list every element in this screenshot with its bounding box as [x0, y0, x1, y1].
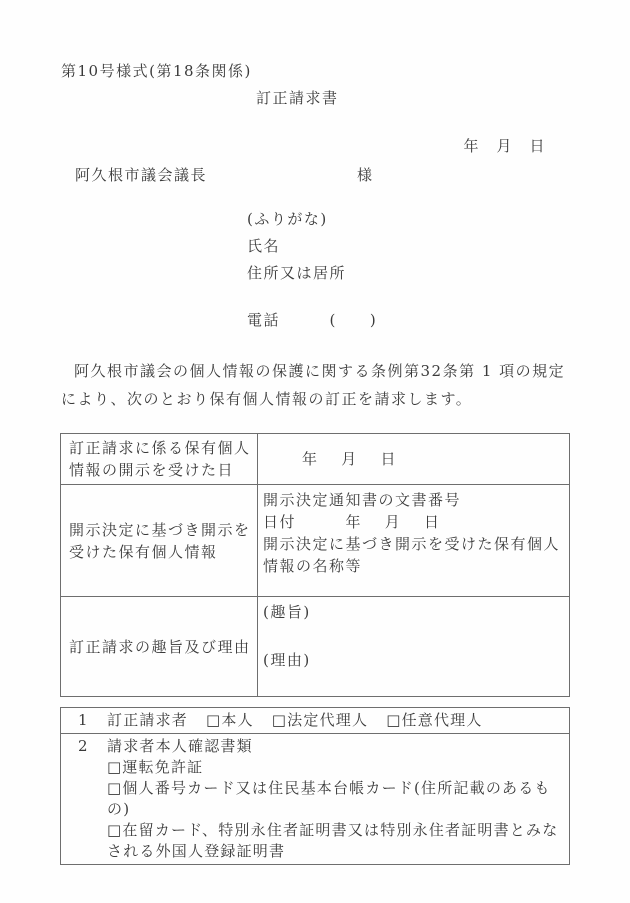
option-label: 本人	[221, 711, 253, 729]
purport-reason-label: 訂正請求の趣旨及び理由	[61, 597, 258, 697]
applicant-block: (ふりがな) 氏名 住所又は居所 電話 ( )	[247, 209, 377, 337]
purport-label: (趣旨)	[263, 601, 563, 623]
checkbox-icon: □	[206, 711, 221, 729]
item-number: 1	[78, 710, 107, 731]
table-row: 2 請求者本人確認書類 □運転免許証 □個人番号カード又は住民基本台帳カード(住…	[61, 734, 570, 865]
doc-number-line: 開示決定通知書の文書番号	[263, 489, 563, 511]
info-name-line: 開示決定に基づき開示を受けた保有個人情報の名称等	[263, 533, 563, 577]
table-row: 訂正請求の趣旨及び理由 (趣旨) (理由)	[61, 597, 570, 697]
table-row: 訂正請求に係る保有個人情報の開示を受けた日 年 月 日	[61, 434, 570, 485]
disclosure-date-label: 訂正請求に係る保有個人情報の開示を受けた日	[61, 434, 258, 485]
option-legal-representative: □法定代理人	[272, 711, 368, 729]
item-label: 在留カード、特別永住者証明書又は特別永住者証明書とみなされる外国人登録証明書	[107, 821, 558, 860]
honorific: 様	[357, 164, 374, 185]
identity-documents-title: 請求者本人確認書類	[107, 736, 561, 757]
option-label: 任意代理人	[402, 711, 483, 729]
table-row: 開示決定に基づき開示を受けた保有個人情報 開示決定通知書の文書番号 日付 年 月…	[61, 485, 570, 597]
disclosure-date-value: 年 月 日	[258, 434, 570, 485]
requester-table: 1訂正請求者□本人□法定代理人□任意代理人 2 請求者本人確認書類 □運転免許証…	[60, 707, 570, 865]
form-number: 第10号様式(第18条関係)	[61, 60, 252, 81]
checkbox-icon: □	[386, 711, 401, 729]
checkbox-icon: □	[272, 711, 287, 729]
checkbox-icon: □	[107, 821, 122, 839]
furigana-label: (ふりがな)	[247, 209, 377, 229]
option-self: □本人	[206, 711, 254, 729]
request-details-table: 訂正請求に係る保有個人情報の開示を受けた日 年 月 日 開示決定に基づき開示を受…	[60, 433, 570, 697]
disclosed-info-cell: 開示決定通知書の文書番号 日付 年 月 日 開示決定に基づき開示を受けた保有個人…	[258, 485, 570, 597]
requester-type-cell: 1訂正請求者□本人□法定代理人□任意代理人	[61, 708, 570, 734]
addressee: 阿久根市議会議長	[75, 166, 207, 184]
list-item-residence-card: □在留カード、特別永住者証明書又は特別永住者証明書とみなされる外国人登録証明書	[107, 820, 561, 862]
item-label: 運転免許証	[122, 758, 203, 776]
disclosed-info-label: 開示決定に基づき開示を受けた保有個人情報	[61, 485, 258, 597]
document-title: 訂正請求書	[256, 87, 339, 108]
list-item-mynumber-card: □個人番号カード又は住民基本台帳カード(住所記載のあるもの)	[107, 778, 561, 820]
option-voluntary-representative: □任意代理人	[386, 711, 482, 729]
item-label: 個人番号カード又は住民基本台帳カード(住所記載のあるもの)	[107, 779, 551, 818]
checkbox-icon: □	[107, 758, 122, 776]
requester-type-label: 訂正請求者	[107, 711, 188, 729]
identity-documents-cell: 2 請求者本人確認書類 □運転免許証 □個人番号カード又は住民基本台帳カード(住…	[61, 734, 570, 865]
phone-label: 電話 ( )	[247, 310, 377, 330]
reason-label: (理由)	[263, 649, 563, 671]
body-paragraph: 阿久根市議会の個人情報の保護に関する条例第32条第 1 項の規定により、次のとお…	[61, 357, 570, 413]
doc-date-line: 日付 年 月 日	[263, 511, 563, 533]
date-field: 年 月 日	[463, 135, 546, 156]
document-page: 第10号様式(第18条関係) 訂正請求書 年 月 日 阿久根市議会議長 様 (ふ…	[0, 0, 630, 903]
checkbox-icon: □	[107, 779, 122, 797]
addressee-line: 阿久根市議会議長 様	[75, 164, 495, 186]
list-item-drivers-license: □運転免許証	[107, 757, 561, 778]
table-row: 1訂正請求者□本人□法定代理人□任意代理人	[61, 708, 570, 734]
name-label: 氏名	[247, 236, 377, 256]
address-label: 住所又は居所	[247, 263, 377, 283]
item-number: 2	[78, 736, 107, 862]
option-label: 法定代理人	[287, 711, 368, 729]
purport-reason-cell: (趣旨) (理由)	[258, 597, 570, 697]
